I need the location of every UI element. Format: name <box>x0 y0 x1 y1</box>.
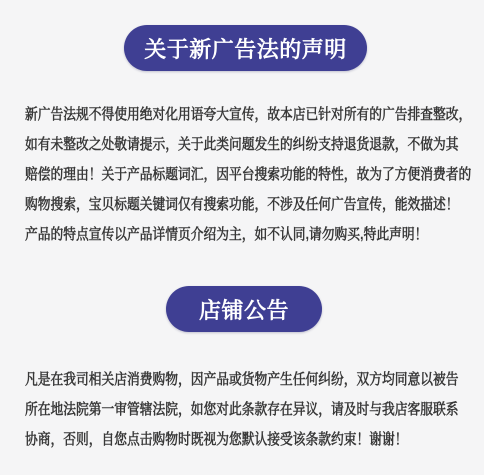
notice-line: 所在地法院第一审管辖法院，如您对此条款存在异议，请及时与我店客服联系 <box>25 395 409 425</box>
notice-line: 凡是在我司相关店消费购物，因产品或货物产生任何纠纷，双方均同意以被告 <box>25 365 409 395</box>
statement-line: 赔偿的理由！关于产品标题词汇，因平台搜索功能的特性，故为了方便消费者的 <box>25 160 409 190</box>
statement-line: 产品的特点宣传以产品详情页介绍为主，如不认同,请勿购买,特此声明！ <box>25 220 409 250</box>
statement-line: 购物搜索，宝贝标题关键词仅有搜索功能，不涉及任何广告宣传，能效描述！ <box>25 190 409 220</box>
ad-law-statement-paragraph: 新广告法规不得使用绝对化用语夸大宣传，故本店已针对所有的广告排查整改， 如有未整… <box>25 100 477 250</box>
statement-line: 如有未整改之处敬请提示，关于此类问题发生的纠纷支持退货退款，不做为其 <box>25 130 409 160</box>
store-notice-paragraph: 凡是在我司相关店消费购物，因产品或货物产生任何纠纷，双方均同意以被告 所在地法院… <box>25 365 477 455</box>
ad-law-statement-banner: 关于新广告法的声明 <box>124 25 367 71</box>
store-notice-banner-label: 店铺公告 <box>199 294 289 325</box>
notice-line: 协商，否则，自您点击购物时既视为您默认接受该条款约束！谢谢！ <box>25 425 409 455</box>
statement-line: 新广告法规不得使用绝对化用语夸大宣传，故本店已针对所有的广告排查整改， <box>25 100 409 130</box>
ad-law-statement-banner-label: 关于新广告法的声明 <box>144 33 347 64</box>
store-notice-banner: 店铺公告 <box>166 286 322 332</box>
